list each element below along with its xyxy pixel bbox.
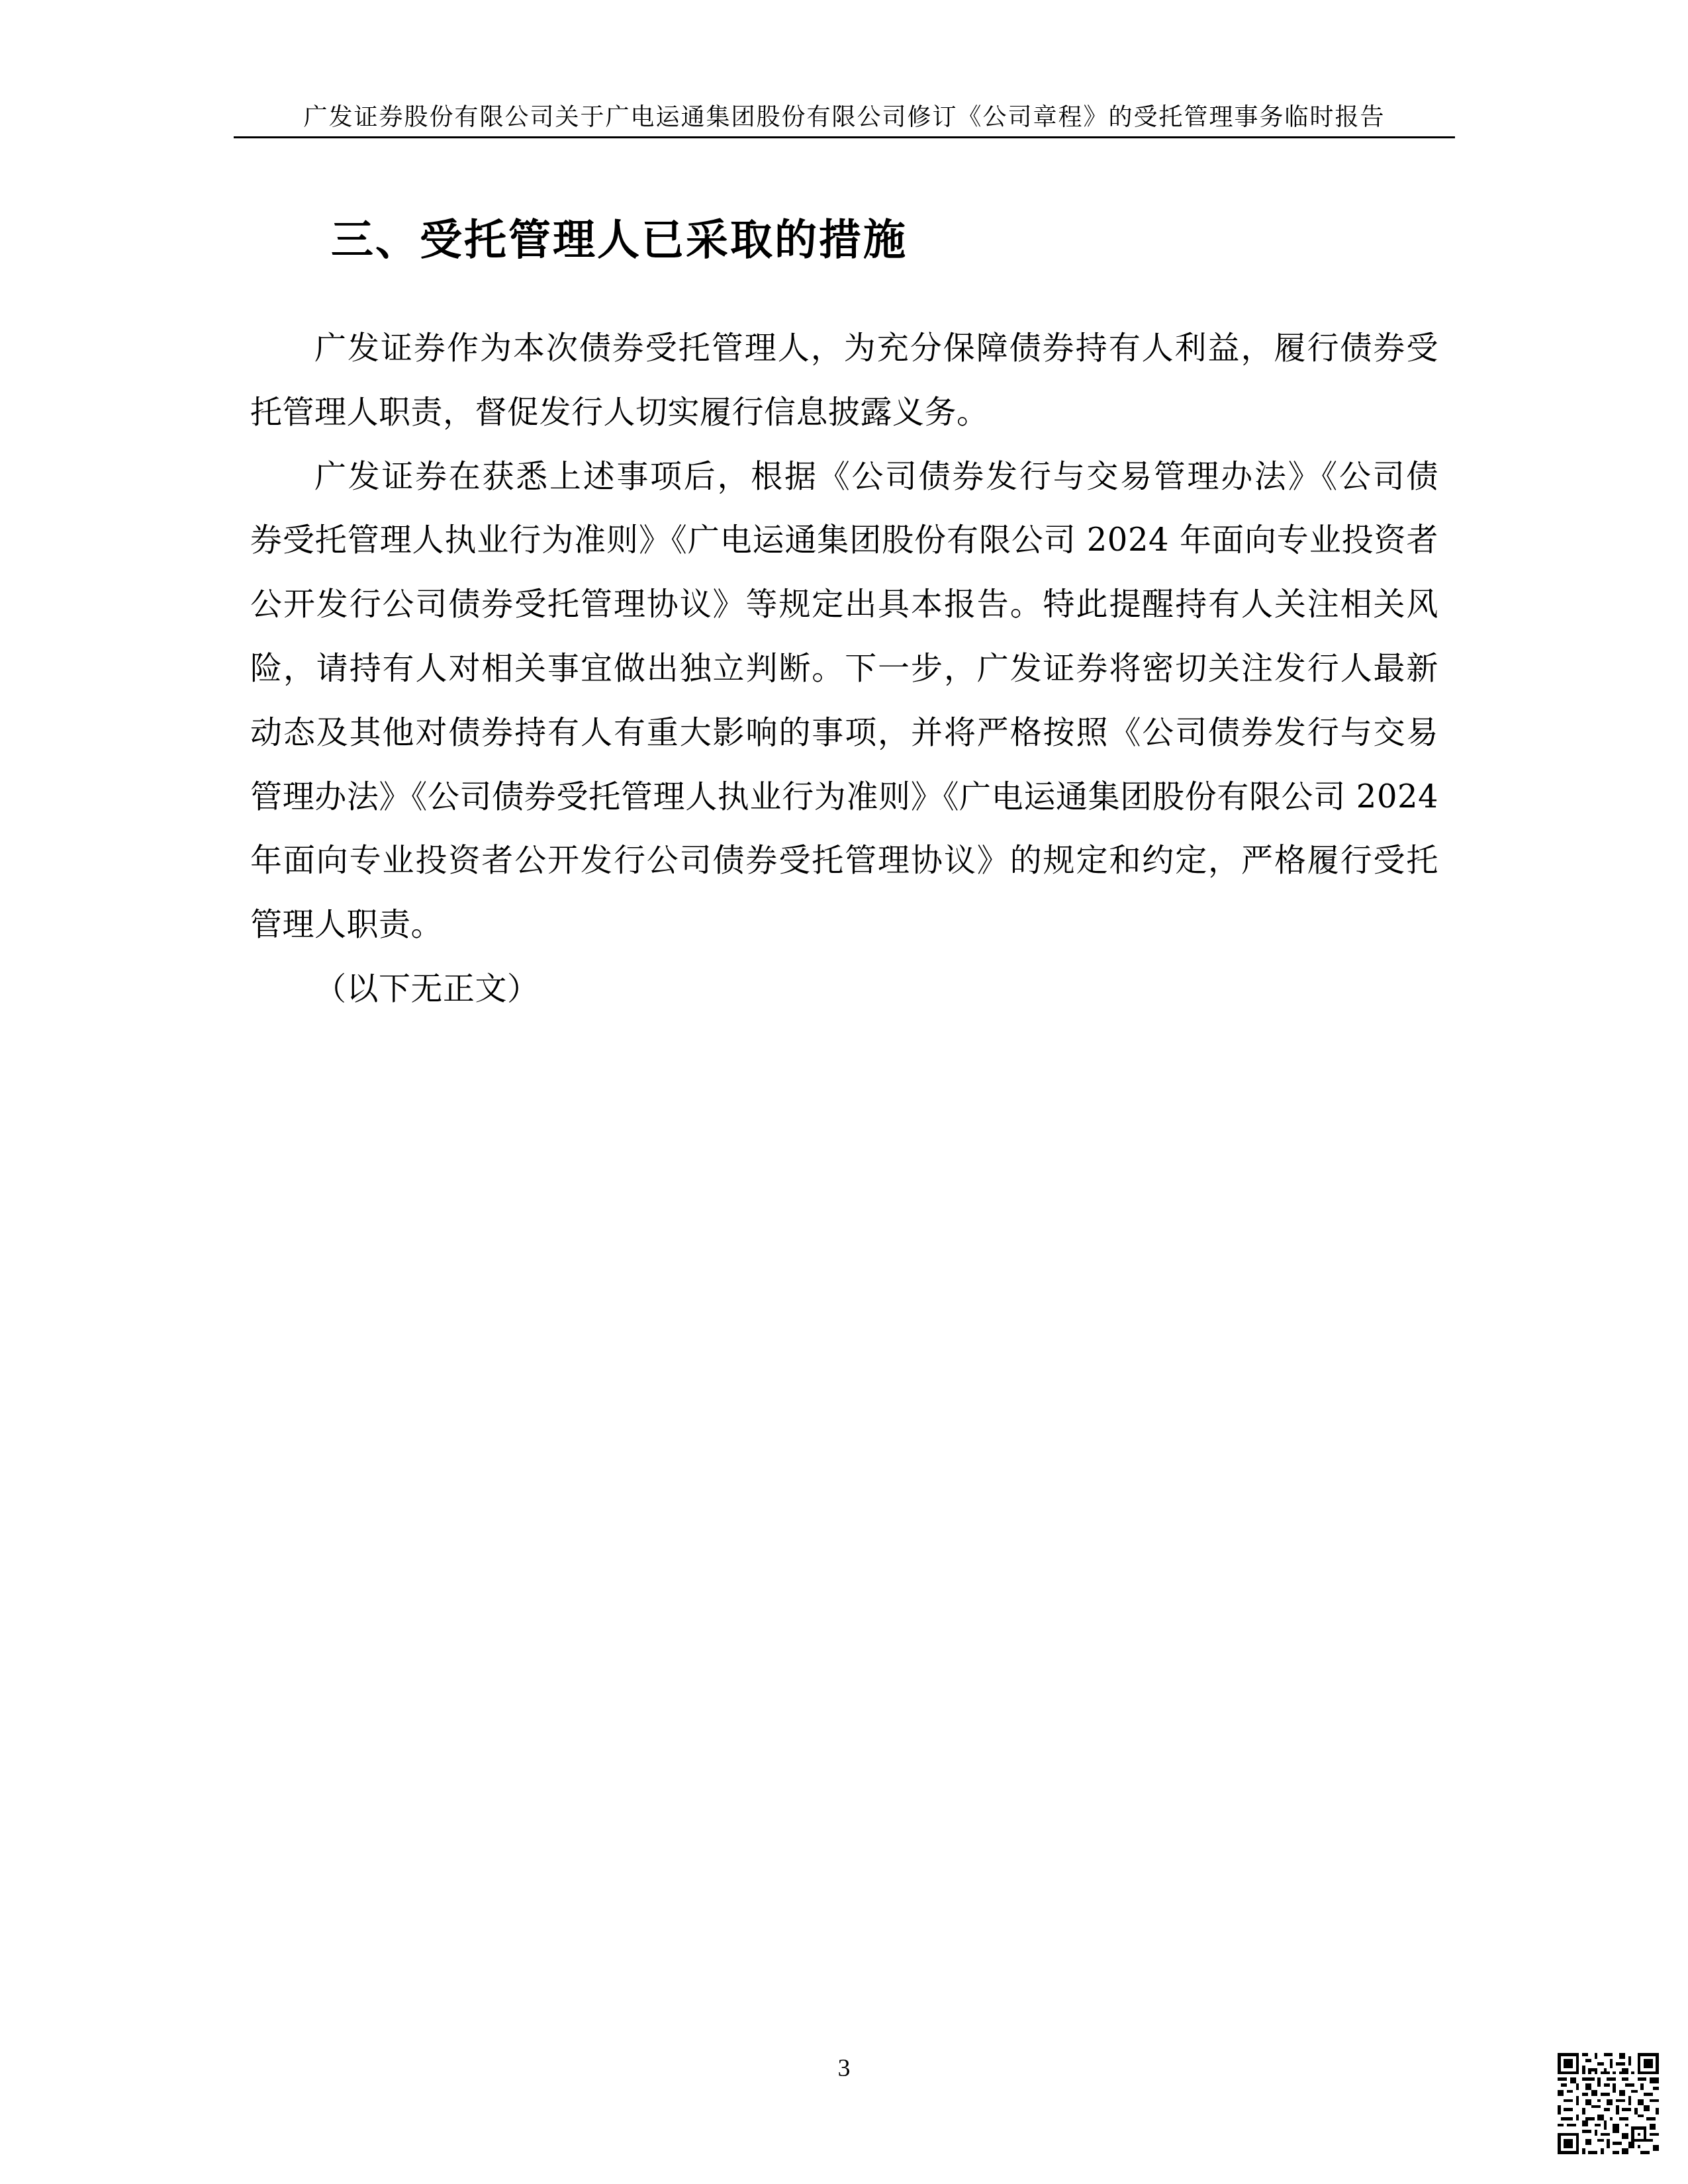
header-divider [234,136,1455,138]
text-line: 管理人职责。 [250,893,1442,957]
qr-code-icon [1558,2053,1659,2154]
text-line: 托管理人职责，督促发行人切实履行信息披露义务。 [250,381,1442,445]
text-line: 券受托管理人执业行为准则》《广电运通集团股份有限公司 2024 年面向专业投资者 [250,508,1438,572]
paragraph-1: 广发证券作为本次债券受托管理人，为充分保障债券持有人利益，履行债券受 托管理人职… [250,316,1442,445]
text-line: 管理办法》《公司债券受托管理人执业行为准则》《广电运通集团股份有限公司 2024 [250,765,1438,829]
text-line: 广发证券作为本次债券受托管理人，为充分保障债券持有人利益，履行债券受 [250,316,1438,381]
page-header-title: 广发证券股份有限公司关于广电运通集团股份有限公司修订《公司章程》的受托管理事务临… [234,103,1455,132]
page-number: 3 [0,2052,1688,2085]
paragraph-2: 广发证券在获悉上述事项后，根据《公司债券发行与交易管理办法》《公司债 券受托管理… [250,445,1442,957]
text-line: 动态及其他对债券持有人有重大影响的事项，并将严格按照《公司债券发行与交易 [250,701,1438,765]
text-line: （以下无正文） [250,957,1442,1021]
text-line: 年面向专业投资者公开发行公司债券受托管理协议》的规定和约定，严格履行受托 [250,829,1438,893]
text-line: 险，请持有人对相关事宜做出独立判断。下一步，广发证券将密切关注发行人最新 [250,637,1438,701]
text-line: 广发证券在获悉上述事项后，根据《公司债券发行与交易管理办法》《公司债 [250,445,1438,509]
body-text: 广发证券作为本次债券受托管理人，为充分保障债券持有人利益，履行债券受 托管理人职… [250,316,1442,1021]
page-header: 广发证券股份有限公司关于广电运通集团股份有限公司修订《公司章程》的受托管理事务临… [234,99,1455,137]
section-heading: 三、受托管理人已采取的措施 [331,215,908,265]
text-line: 公开发行公司债券受托管理协议》等规定出具本报告。特此提醒持有人关注相关风 [250,572,1438,637]
end-of-text-note: （以下无正文） [250,957,1442,1021]
